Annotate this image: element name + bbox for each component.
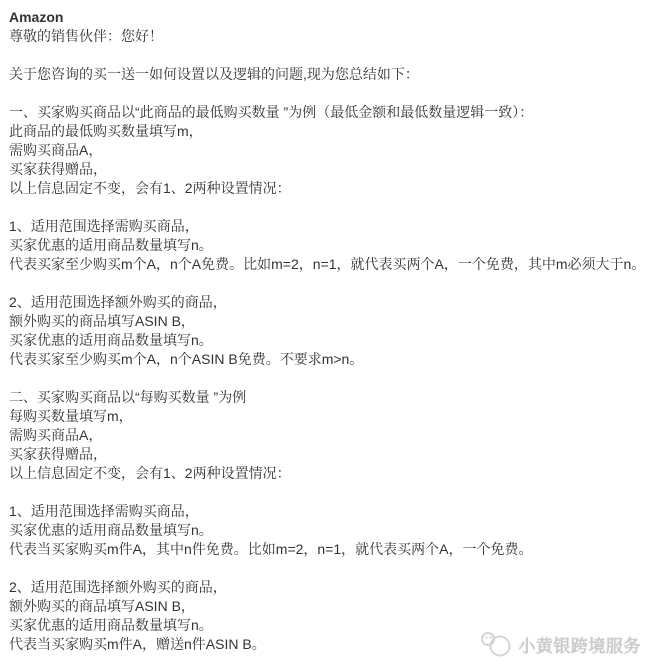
text-line: 需购买商品A， xyxy=(9,141,643,160)
text-line: 买家优惠的适用商品数量填写n。 xyxy=(9,331,643,350)
text-line: 额外购买的商品填写ASIN B， xyxy=(9,312,643,331)
text-line: 买家优惠的适用商品数量填写n。 xyxy=(9,521,643,540)
text-line: 关于您咨询的买一送一如何设置以及逻辑的问题,现为您总结如下： xyxy=(9,65,643,84)
text-line: 二、买家购买商品以“每购买数量 ”为例 xyxy=(9,388,643,407)
text-line: 1、适用范围选择需购买商品， xyxy=(9,502,643,521)
text-line: 以上信息固定不变，会有1、2两种设置情况： xyxy=(9,179,643,198)
paragraph-section-2-case-1: 1、适用范围选择需购买商品，买家优惠的适用商品数量填写n。代表当买家购买m件A，… xyxy=(9,502,643,559)
text-line: 2、适用范围选择额外购买的商品， xyxy=(9,293,643,312)
text-line: 需购买商品A， xyxy=(9,426,643,445)
mascot-circles-icon xyxy=(478,630,514,658)
text-line: 1、适用范围选择需购买商品， xyxy=(9,217,643,236)
letter-header: Amazon 尊敬的销售伙伴：您好！ xyxy=(9,8,643,46)
watermark-text: 小黄银跨境服务 xyxy=(519,632,642,657)
paragraph-section-2-setup: 二、买家购买商品以“每购买数量 ”为例每购买数量填写m，需购买商品A，买家获得赠… xyxy=(9,388,643,483)
paragraph-section-1-setup: 一、买家购买商品以“此商品的最低购买数量 ”为例（最低金额和最低数量逻辑一致）：… xyxy=(9,103,643,198)
letter-body: 关于您咨询的买一送一如何设置以及逻辑的问题,现为您总结如下：一、买家购买商品以“… xyxy=(9,65,643,654)
text-line: 买家获得赠品， xyxy=(9,160,643,179)
text-line: 代表当买家购买m件A，其中n件免费。比如m=2，n=1，就代表买两个A，一个免费… xyxy=(9,540,643,559)
text-line: 此商品的最低购买数量填写m， xyxy=(9,122,643,141)
text-line: 代表买家至少购买m个A，n个A免费。比如m=2，n=1，就代表买两个A，一个免费… xyxy=(9,255,643,274)
text-line: 每购买数量填写m， xyxy=(9,407,643,426)
text-line: 代表买家至少购买m个A，n个ASIN B免费。不要求m>n。 xyxy=(9,350,643,369)
text-line: 买家获得赠品， xyxy=(9,445,643,464)
greeting-line: 尊敬的销售伙伴：您好！ xyxy=(9,27,643,46)
letter-document: Amazon 尊敬的销售伙伴：您好！ 关于您咨询的买一送一如何设置以及逻辑的问题… xyxy=(0,0,655,654)
text-line: 2、适用范围选择额外购买的商品， xyxy=(9,578,643,597)
text-line: 一、买家购买商品以“此商品的最低购买数量 ”为例（最低金额和最低数量逻辑一致）： xyxy=(9,103,643,122)
paragraph-section-1-case-2: 2、适用范围选择额外购买的商品，额外购买的商品填写ASIN B，买家优惠的适用商… xyxy=(9,293,643,369)
watermark: 小黄银跨境服务 xyxy=(478,630,642,658)
text-line: 额外购买的商品填写ASIN B， xyxy=(9,597,643,616)
paragraph-section-1-case-1: 1、适用范围选择需购买商品，买家优惠的适用商品数量填写n。代表买家至少购买m个A… xyxy=(9,217,643,274)
doc-title: Amazon xyxy=(9,8,643,27)
text-line: 以上信息固定不变，会有1、2两种设置情况： xyxy=(9,464,643,483)
paragraph-intro: 关于您咨询的买一送一如何设置以及逻辑的问题,现为您总结如下： xyxy=(9,65,643,84)
text-line: 买家优惠的适用商品数量填写n。 xyxy=(9,236,643,255)
